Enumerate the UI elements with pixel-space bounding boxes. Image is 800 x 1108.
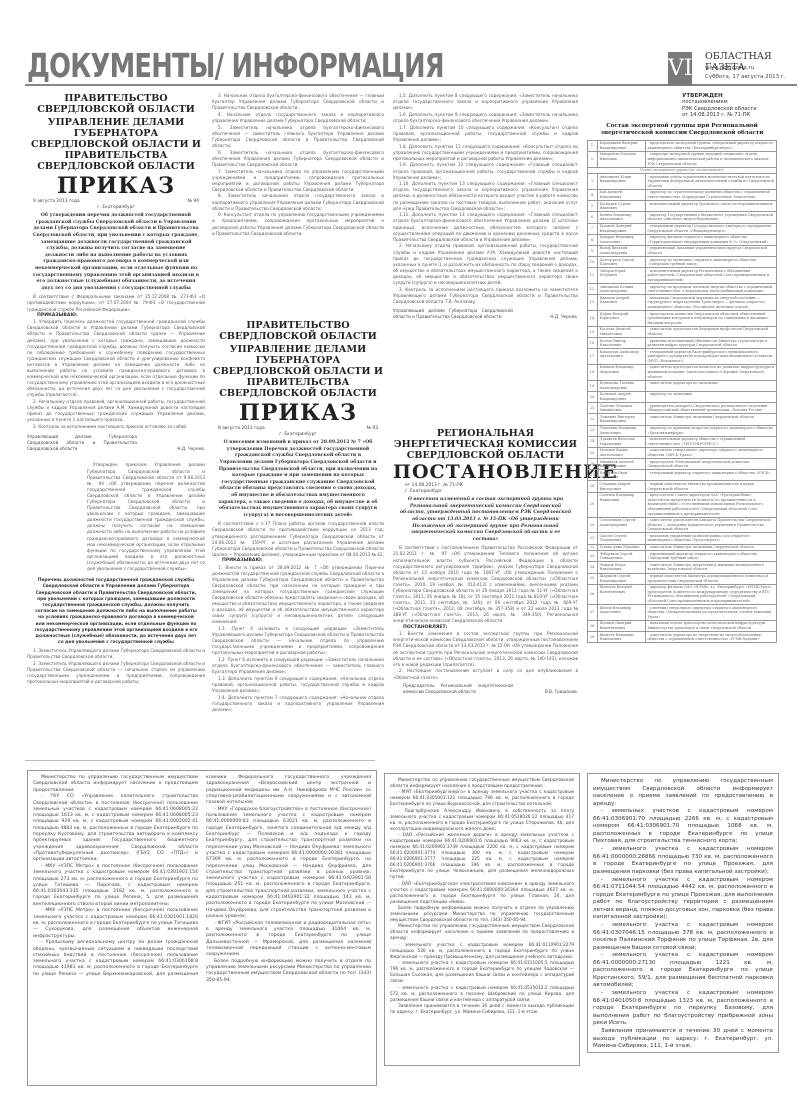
- member-number: 30.: [588, 517, 598, 533]
- member-role: - председатель Региональной энергетическ…: [646, 459, 777, 470]
- member-number: 8.: [588, 234, 598, 245]
- order-preamble: В соответствии с п.17 Плана работы орган…: [212, 521, 384, 558]
- member-role: - председатель комиссии Свердловской обл…: [646, 311, 777, 327]
- member-role: - начальник управления развития рынка га…: [646, 533, 777, 544]
- member-number: 19.: [588, 380, 598, 391]
- member-number: 16.: [588, 338, 598, 349]
- member-number: 28.: [588, 481, 598, 492]
- member-name: Бородавкин Валерий Владимирович: [598, 140, 646, 151]
- member-role: - начальник Свердловской дирекции по эне…: [646, 295, 777, 311]
- member-number: 4.: [588, 189, 598, 200]
- member-role: - исполнительный директор Регионального …: [646, 268, 777, 284]
- member-number: 34.: [588, 562, 598, 573]
- order-date: 8 августа 2013 года: [218, 426, 265, 432]
- member-role: - исполнительный директор общества с огр…: [646, 436, 777, 447]
- notice-item: - МКУ «Городское благоустройство» в пост…: [206, 807, 371, 920]
- list-item: 2. Заместитель Управляющего делами Губер…: [27, 661, 205, 685]
- order-paragraph: 1. Внести в приказ от 28.09.2012 № 7 «Об…: [212, 565, 384, 626]
- member-number: 23.: [588, 425, 598, 436]
- table-row: 13.Иванцов Андрей Павлович- начальник Св…: [588, 295, 777, 311]
- member-role: - начальник отдела ограничения монополис…: [646, 174, 777, 190]
- notice-land-provision-1: Министерство по управлению государственн…: [27, 770, 377, 1086]
- member-role: - временно исполняющий обязанности Минис…: [646, 338, 777, 349]
- table-title: Состав экспертной группы при Регионально…: [587, 123, 777, 137]
- table-row: 2.Макаренко Наталья Ивановна- секретарь …: [588, 151, 777, 167]
- member-role: - руководитель аппарата Свердловского ре…: [646, 403, 777, 414]
- order-paragraph: 1.7. Дополнить пунктом 10 следующего сод…: [393, 125, 578, 143]
- table-row: 21.Лаптева Людмила Михайловна- руководит…: [588, 403, 777, 414]
- doc-type-heading: ПОСТАНОВЛЕНИЕ: [393, 461, 578, 483]
- member-number: 17.: [588, 349, 598, 365]
- list-item: 9. Консультант отдела по управлению госу…: [212, 212, 384, 236]
- table-row: 4.Бай Алексей Николаевич- директор по ст…: [588, 189, 777, 200]
- masthead: ДОКУМЕНТЫ/ ИНФОРМАЦИЯ VI ОБЛАСТНАЯ ГАЗЕТ…: [25, 44, 797, 86]
- member-role: - заместитель Министра энергетики и жили…: [646, 562, 777, 573]
- notice-item: - земельного участка с кадастровым номер…: [593, 990, 773, 1028]
- list-item: 3. Начальник отдела бухгалтерско-финансо…: [212, 93, 384, 111]
- order-paragraph: 1.11. Дополнить пунктом 14 следующего со…: [393, 212, 578, 242]
- member-number: 38.: [588, 620, 598, 631]
- notice-item: - МУП «Екатеринбургэнерго» в аренду земе…: [390, 790, 574, 808]
- member-role: - секретарь экспертной группы, ведущий с…: [646, 151, 777, 167]
- notice-item: - ГКУ СО «Управление капитального строит…: [33, 794, 198, 863]
- paper-url[interactable]: www.oblgazeta.ru: [705, 65, 754, 71]
- gov-heading: ПРАВИТЕЛЬСТВО СВЕРДЛОВСКОЙ ОБЛАСТИ: [212, 320, 384, 342]
- notice-intro: Министерство по управлению государственн…: [593, 778, 773, 808]
- notice-footer: Более подробную информацию можно получит…: [206, 959, 371, 984]
- order-title: О внесении изменений в приказ от 28.09.2…: [212, 438, 384, 521]
- member-number: 26.: [588, 459, 598, 470]
- member-name: Левочкин Владимир Алексеевич: [598, 425, 646, 436]
- member-role: - председатель Совета директоров ОАО «Ур…: [646, 492, 777, 517]
- member-name: Пискунов Иван Сергеевич: [598, 470, 646, 481]
- member-number: 14.: [588, 311, 598, 327]
- order-paragraph: 2. Начальнику отдела правовой, организац…: [27, 399, 205, 423]
- list-item: 7. Заместитель начальника отдела по упра…: [212, 169, 384, 193]
- table-row: 10.Долгоруков Сергей Павлович- директор …: [588, 257, 777, 268]
- dept-heading: УПРАВЛЕНИЕ ДЕЛАМИ ГУБЕРНАТОРА СВЕРДЛОВСК…: [212, 344, 384, 399]
- member-number: 31.: [588, 533, 598, 544]
- member-name: Лаптева Людмила Михайловна: [598, 403, 646, 414]
- notice-lease-applications: Министерство по управлению государственн…: [587, 773, 779, 1053]
- member-name: Шарыпов Сергей Владимирович: [598, 573, 646, 584]
- doc-type-heading: ПРИКАЗ: [27, 173, 205, 199]
- member-role: - директор филиала открытого акционерног…: [646, 234, 777, 245]
- table-row: 31.Сысоев Сергей Леонидович- начальник у…: [588, 533, 777, 544]
- notice-item: - земельного участка с кадастровым номер…: [390, 943, 574, 961]
- member-role: - директор по экономике: [646, 391, 777, 402]
- order-paragraph: 1.2. Пункт 6 изложить в следующей редакц…: [212, 657, 384, 675]
- table-row: 35.Шарыпов Сергей Владимирович- первый з…: [588, 573, 777, 584]
- member-name: Бай Алексей Николаевич: [598, 189, 646, 200]
- order-93-header: ПРАВИТЕЛЬСТВО СВЕРДЛОВСКОЙ ОБЛАСТИ УПРАВ…: [212, 320, 384, 426]
- member-role: - начальник отдела транспортно-логистиче…: [646, 620, 777, 631]
- member-name: Сысоев Сергей Леонидович: [598, 533, 646, 544]
- member-name: Ускова Анна Юрьевна: [598, 544, 646, 551]
- member-role: - заместитель генерального директора отк…: [646, 447, 777, 458]
- order-title: Об утверждении перечня должностей госуда…: [27, 211, 205, 294]
- member-name: Козлов Виктор Николаевич: [598, 338, 646, 349]
- table-row: 28.Седышев Андрей Викторович- первый зам…: [588, 481, 777, 492]
- table-row: 8.Бухарин Владимир Алексеевич- директор …: [588, 234, 777, 245]
- notice-item: - земельного участка с кадастровым номер…: [593, 846, 773, 876]
- list-item: 5. Заместитель начальника отдела бухгалт…: [212, 125, 384, 149]
- expert-group-table: 1.Бородавкин Валерий Владимирович- предс…: [587, 140, 777, 644]
- order-number: № 94: [187, 199, 199, 205]
- member-role: - управляющий директор открытого акционе…: [646, 551, 777, 562]
- list-item: 6. Заместитель начальника отдела бухгалт…: [212, 150, 384, 168]
- order-paragraph: 3. Контроль за исполнением настоящего пр…: [393, 287, 578, 305]
- table-row: 16.Козлов Виктор Николаевич- временно ис…: [588, 338, 777, 349]
- signature-name: Н.Д. Чернев.: [177, 446, 205, 452]
- member-name: Яковлев Владимир Николаевич: [598, 632, 646, 643]
- list-item: 1. Заместитель Управляющего делами Губер…: [27, 648, 205, 660]
- member-role: - директор по экономике открытого акцион…: [646, 257, 777, 268]
- signature-role: Управляющий делами Губернатора Свердловс…: [393, 308, 513, 320]
- table-row: 5.Басманов Сергей Иванович- исполнительн…: [588, 201, 777, 212]
- order-paragraph: 1.1. Пункт 4 изложить в следующей редакц…: [212, 626, 384, 656]
- member-number: 2.: [588, 151, 598, 167]
- order-paragraph: 1.6. Дополнить пунктом 9 следующего соде…: [393, 112, 578, 124]
- notice-item: - МКУ «УЗПС Метро» в постоянное (бессроч…: [33, 908, 198, 939]
- members-header: Члены экспертной группы (по согласованию…: [588, 167, 777, 174]
- member-number: 22.: [588, 414, 598, 425]
- org-heading: РЕГИОНАЛЬНАЯ ЭНЕРГЕТИЧЕСКАЯ КОМИССИЯ СВЕ…: [393, 428, 578, 461]
- member-name: Забаров Юрий Петрович: [598, 268, 646, 284]
- resolution-preamble: В соответствии с постановлением Правител…: [393, 545, 578, 624]
- member-role: - председатель экспертной группы, генера…: [646, 140, 777, 151]
- list-item: 4. Начальник отдела государственного зак…: [212, 112, 384, 124]
- notice-item: - Подгорбунских Александру Ивановичу в с…: [390, 809, 574, 833]
- member-role: - генеральный директор Екатеринбургского…: [646, 349, 777, 365]
- member-name: Иофик Валерий Борисович: [598, 311, 646, 327]
- table-row: 33.Чеберяков Сергей Геннадьевич- управля…: [588, 551, 777, 562]
- member-role: - генеральный директор открытого акционе…: [646, 470, 777, 481]
- table-row: 9.Вольф Виталий Александрович- управляющ…: [588, 245, 777, 256]
- order-number: № 93: [366, 426, 378, 432]
- member-name: Соломенцев Сергей Александрович: [598, 517, 646, 533]
- table-row: 7.Буданов Дмитрий Владимирович- генераль…: [588, 223, 777, 234]
- table-row: 3.Анисимова Юлия Владимировна- начальник…: [588, 174, 777, 190]
- doc-type-heading: ПРИКАЗ: [212, 400, 384, 426]
- table-row: 20.Кузнецов Андрей Владимирович- директо…: [588, 391, 777, 402]
- member-role: - заместитель Министра экономики Свердло…: [646, 414, 777, 425]
- table-row: 34.Чмыров Игорь Николаевич- заместитель …: [588, 562, 777, 573]
- table-row: 36.Шевелев Валерий Валентинович- директо…: [588, 584, 777, 604]
- table-row: 18.Коньков Владимир Андреевич- заместите…: [588, 364, 777, 380]
- member-name: Чмыров Игорь Николаевич: [598, 562, 646, 573]
- signature: Председатель Региональной энергетической…: [393, 683, 578, 695]
- order-94-header: ПРАВИТЕЛЬСТВО СВЕРДЛОВСКОЙ ОБЛАСТИ УПРАВ…: [27, 93, 205, 199]
- table-row: 1.Бородавкин Валерий Владимирович- предс…: [588, 140, 777, 151]
- notice-item: - земельных участков с кадастровым номер…: [593, 808, 773, 846]
- list-item: 8. Заместитель начальника отдела государ…: [212, 193, 384, 211]
- member-name: Лежнина Виктория Владимировна: [598, 414, 646, 425]
- member-number: 13.: [588, 295, 598, 311]
- member-name: Бухарин Владимир Алексеевич: [598, 234, 646, 245]
- section-title: ДОКУМЕНТЫ/ ИНФОРМАЦИЯ: [27, 46, 444, 85]
- member-name: Семенов Владимир Никитович: [598, 492, 646, 517]
- member-number: 39.: [588, 632, 598, 643]
- gov-heading: ПРАВИТЕЛЬСТВО СВЕРДЛОВСКОЙ ОБЛАСТИ: [27, 93, 205, 115]
- order-paragraph: 1.5. Дополнить пунктом 8 следующего соде…: [393, 93, 578, 111]
- member-role: - генеральный директор Государственного …: [646, 223, 777, 234]
- member-role: - заместитель Министра экономики Свердло…: [646, 544, 777, 551]
- member-name: Михайлов Алексей Владимирович: [598, 459, 646, 470]
- table-row: 27.Пискунов Иван Сергеевич- генеральный …: [588, 470, 777, 481]
- order-94-continued: 3. Начальник отдела бухгалтерско-финансо…: [212, 93, 384, 237]
- member-role: - директор Государственного бюджетного у…: [646, 212, 777, 223]
- table-row: 38.Шумков Дмитрий Валентинович- начальни…: [588, 620, 777, 631]
- notice-item: - земельного участка с кадастровым номер…: [390, 961, 574, 985]
- approval-stamp: УТВЕРЖДЕН постановлением РЭК Свердловско…: [682, 93, 777, 119]
- member-name: Ковальчук Александр Анатольевич: [598, 349, 646, 365]
- order-93-continued: 1.5. Дополнить пунктом 8 следующего соде…: [393, 93, 578, 320]
- member-number: 9.: [588, 245, 598, 256]
- member-name: Шилов Владимир Алексеевич: [598, 605, 646, 621]
- notice-item: - ОАО «Екатеринбургская электросетевая к…: [390, 882, 574, 906]
- order-paragraph: 1.10. Дополнить пунктом 13 следующего со…: [393, 181, 578, 211]
- order-93: ПРАВИТЕЛЬСТВО СВЕРДЛОВСКОЙ ОБЛАСТИ УПРАВ…: [212, 320, 384, 714]
- member-name: Басманов Сергей Иванович: [598, 201, 646, 212]
- dept-heading: УПРАВЛЕНИЕ ДЕЛАМИ ГУБЕРНАТОРА СВЕРДЛОВСК…: [27, 117, 205, 172]
- member-number: 29.: [588, 492, 598, 517]
- member-role: - заместитель руководителя Аппарата Прав…: [646, 517, 777, 533]
- table-row: 6.Беляев Владимир Анатольевич- директор …: [588, 212, 777, 223]
- table-row: 39.Яковлев Владимир Николаевич- заместит…: [588, 632, 777, 643]
- table-row: 37.Шилов Владимир Алексеевич- советник г…: [588, 605, 777, 621]
- notice-item: - МКУ «УЗПС Метро» в постоянное (бессроч…: [33, 864, 198, 908]
- table-row: 22.Лежнина Виктория Владимировна- замест…: [588, 414, 777, 425]
- table-row: 26.Михайлов Алексей Владимирович- предсе…: [588, 459, 777, 470]
- member-number: 12.: [588, 284, 598, 295]
- member-number: 25.: [588, 447, 598, 458]
- notice-item: - земельного участка с кадастровым номер…: [593, 952, 773, 990]
- resolution-paragraph: 2. Настоящее постановление вступает в си…: [393, 668, 578, 680]
- order-paragraph: 1. Утвердить перечень должностей государ…: [27, 319, 205, 398]
- notice-item: Более подробную информацию можно получит…: [390, 906, 574, 924]
- member-role: - заместитель председателя Федерации про…: [646, 326, 777, 337]
- issue-date: Суббота, 17 августа 2013 г.: [705, 74, 786, 80]
- member-role: - директор по стратегическому развитию о…: [646, 189, 777, 200]
- member-name: Макаренко Наталья Ивановна: [598, 151, 646, 167]
- order-date: 9 августа 2013 года: [33, 199, 80, 205]
- table-row: 32.Ускова Анна Юрьевна- заместитель Мини…: [588, 544, 777, 551]
- table-row: 15.Косолап Алексей Михайлович- заместите…: [588, 326, 777, 337]
- member-number: 21.: [588, 403, 598, 414]
- order-paragraph: 2. Начальнику отдела правовой, организац…: [393, 243, 578, 286]
- table-section-row: Члены экспертной группы (по согласованию…: [588, 167, 777, 174]
- member-number: 32.: [588, 544, 598, 551]
- table-row: 23.Левочкин Владимир Алексеевич- директо…: [588, 425, 777, 436]
- member-role: - исполнительный директор Уральского сою…: [646, 201, 777, 212]
- rek-header: РЕГИОНАЛЬНАЯ ЭНЕРГЕТИЧЕСКАЯ КОМИССИЯ СВЕ…: [393, 428, 578, 483]
- member-role: - управляющий Западным управленческим ок…: [646, 245, 777, 256]
- member-role: - первый заместитель Министра промышленн…: [646, 481, 777, 492]
- member-name: Кузнецов Андрей Владимирович: [598, 391, 646, 402]
- member-name: Коньков Владимир Андреевич: [598, 364, 646, 380]
- member-name: Долгоруков Сергей Павлович: [598, 257, 646, 268]
- member-number: 36.: [588, 584, 598, 604]
- member-role: - заместитель директора по экономике: [646, 380, 777, 391]
- table-row: 24.Лукьянов Вячеслав Рафаилович- исполни…: [588, 436, 777, 447]
- member-number: 15.: [588, 326, 598, 337]
- member-name: Чеберяков Сергей Геннадьевич: [598, 551, 646, 562]
- table-row: 11.Забаров Юрий Петрович- исполнительный…: [588, 268, 777, 284]
- member-name: Буданов Дмитрий Владимирович: [598, 223, 646, 234]
- resolution-title: О внесении изменений в состав экспертной…: [393, 495, 578, 545]
- member-name: Мальцев Вадим Анатольевич: [598, 447, 646, 458]
- table-row: 25.Мальцев Вадим Анатольевич- заместител…: [588, 447, 777, 458]
- member-name: Вольф Виталий Александрович: [598, 245, 646, 256]
- notice-item: - ОАО «Российские железные дороги» в аре…: [390, 833, 574, 881]
- notice-item: - ФГУП «Российская телевизионная и радио…: [206, 921, 371, 959]
- notice-intro: Министерство по управлению государственн…: [390, 778, 574, 790]
- table-row: 14.Иофик Валерий Борисович- председатель…: [588, 311, 777, 327]
- order-paragraph: 3. Контроль за исполнением настоящего пр…: [27, 424, 205, 430]
- member-number: 1.: [588, 140, 598, 151]
- notice-intro: Министерство по управлению государственн…: [33, 775, 198, 794]
- member-number: 27.: [588, 470, 598, 481]
- member-name: Лукьянов Вячеслав Рафаилович: [598, 436, 646, 447]
- member-number: 7.: [588, 223, 598, 234]
- member-role: - директор по правовым вопросам открытог…: [646, 425, 777, 436]
- signature-name: В.В. Гришанов.: [545, 689, 578, 695]
- signature: Управляющий делами Губернатора Свердловс…: [27, 434, 205, 452]
- member-number: 6.: [588, 212, 598, 223]
- rek-resolution: РЕГИОНАЛЬНАЯ ЭНЕРГЕТИЧЕСКАЯ КОМИССИЯ СВЕ…: [393, 428, 578, 695]
- resolution-paragraph: 1. Внести изменения в состав экспертной …: [393, 631, 578, 668]
- notice-footer: Заявления принимаются в течение 30 дней …: [390, 1004, 574, 1016]
- table-row: 12.Зимчикова Ксения Александровна- дирек…: [588, 284, 777, 295]
- member-role: - советник генерального директора открыт…: [646, 605, 777, 621]
- approved-note: Утвержден приказом Управления делами Губ…: [87, 462, 205, 572]
- member-number: 3.: [588, 174, 598, 190]
- notice-item: Министерство по управлению государственн…: [390, 924, 574, 942]
- table-row: 17.Ковальчук Александр Анатольевич- гене…: [588, 349, 777, 365]
- notice-item: - земельного участка с кадастровым номер…: [593, 922, 773, 952]
- order-paragraph: 1.3. Дополнить пунктом 6 следующего соде…: [212, 676, 384, 694]
- member-name: Седышев Андрей Викторович: [598, 481, 646, 492]
- notice-item: - земельного участка с кадастровым номер…: [390, 986, 574, 1004]
- table-row: 19.Кузнецова Татьяна Александровна- заме…: [588, 380, 777, 391]
- member-role: - заместитель председателя комитета по р…: [646, 364, 777, 380]
- table-row: 30.Соломенцев Сергей Александрович- заме…: [588, 517, 777, 533]
- signature-name: Н.Д. Чернев.: [550, 314, 578, 320]
- order-94: ПРАВИТЕЛЬСТВО СВЕРДЛОВСКОЙ ОБЛАСТИ УПРАВ…: [27, 93, 205, 686]
- signature-role: Председатель Региональной энергетической…: [403, 683, 513, 695]
- signature: Управляющий делами Губернатора Свердловс…: [393, 308, 578, 320]
- order-paragraph: 1.9. Дополнить пунктом 12 следующего сод…: [393, 162, 578, 180]
- member-number: 20.: [588, 391, 598, 402]
- member-number: 37.: [588, 605, 598, 621]
- notice-footer: Заявления принимаются в течение 30 дней …: [593, 1028, 773, 1051]
- order-preamble: В соответствии с Федеральными законами о…: [27, 294, 205, 312]
- divider: [25, 760, 375, 761]
- notice-item: - земельного участка с кадастровым номер…: [593, 877, 773, 922]
- member-name: Шевелев Валерий Валентинович: [598, 584, 646, 604]
- order-paragraph: 1.4. Дополнить пунктом 7 следующего соде…: [212, 695, 384, 713]
- list-title: Перечень должностей государственной граж…: [27, 576, 205, 648]
- member-name: Кузнецова Татьяна Александровна: [598, 380, 646, 391]
- member-name: Косолап Алексей Михайлович: [598, 326, 646, 337]
- notice-land-provision-2: Министерство по управлению государственн…: [384, 773, 580, 1066]
- order-paragraph: 1.8. Дополнить пунктом 11 следующего сод…: [393, 144, 578, 162]
- member-name: Иванцов Андрей Павлович: [598, 295, 646, 311]
- approved-label: УТВЕРЖДЕН: [682, 93, 723, 99]
- member-name: Анисимова Юлия Владимировна: [598, 174, 646, 190]
- member-number: 33.: [588, 551, 598, 562]
- member-name: Зимчикова Ксения Александровна: [598, 284, 646, 295]
- member-name: Беляев Владимир Анатольевич: [598, 212, 646, 223]
- signature-role: Управляющий делами Губернатора Свердловс…: [27, 434, 137, 452]
- expert-group: УТВЕРЖДЕН постановлением РЭК Свердловско…: [587, 93, 777, 643]
- member-role: - директор по продажам тепловой энергии …: [646, 284, 777, 295]
- member-number: 10.: [588, 257, 598, 268]
- member-number: 24.: [588, 436, 598, 447]
- member-name: Шумков Дмитрий Валентинович: [598, 620, 646, 631]
- member-role: - первый заместитель Министра агропромыш…: [646, 573, 777, 584]
- member-role: - директор филиала ОАО «НЛМК» в г. Екате…: [646, 584, 777, 604]
- page-number: VI: [668, 52, 692, 86]
- member-number: 18.: [588, 364, 598, 380]
- member-number: 11.: [588, 268, 598, 284]
- table-row: 29.Семенов Владимир Никитович- председат…: [588, 492, 777, 517]
- member-number: 5.: [588, 201, 598, 212]
- member-role: - заместитель директора по энергетике по…: [646, 632, 777, 643]
- approved-date: от 14.08.2013 г. № 71-ПК: [682, 112, 777, 118]
- member-number: 35.: [588, 573, 598, 584]
